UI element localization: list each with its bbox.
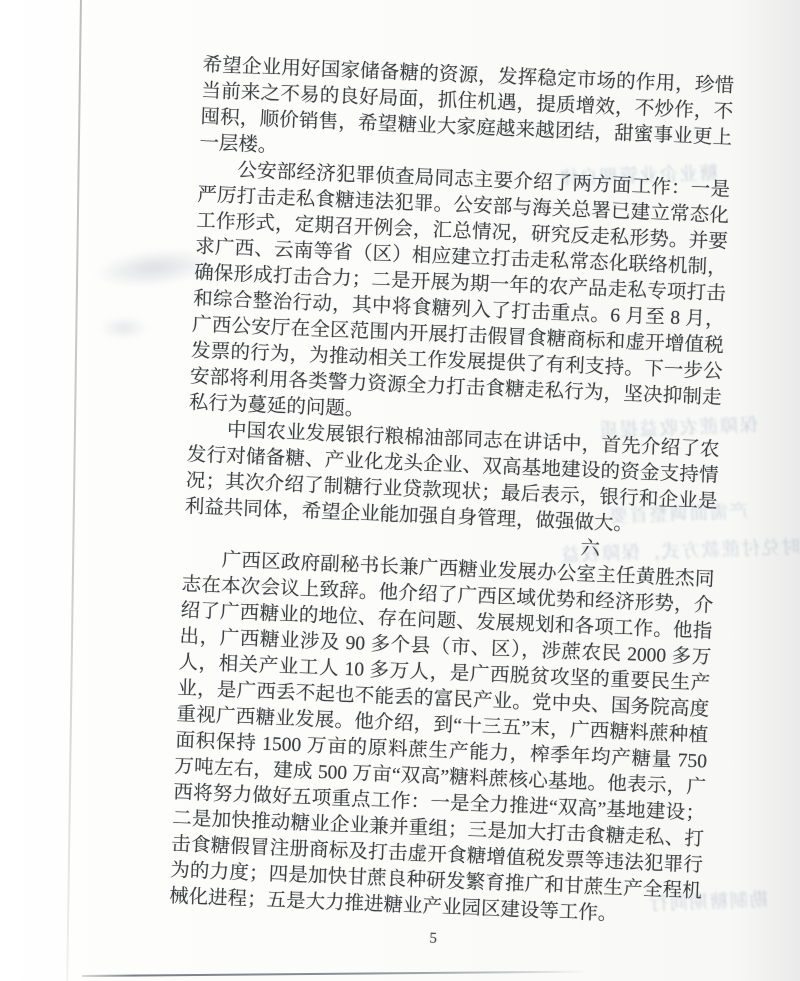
paragraph: 公安部经济犯罪侦查局同志主要介绍了两方面工作：一是严厉打击走私食糖违法犯罪。公安…: [188, 157, 730, 438]
scan-right-shading: [740, 0, 800, 981]
paragraph: 中国农业发展银行粮棉油部同志在讲话中，首先介绍了农发行对储备糖、产业化龙头企业、…: [184, 416, 720, 541]
document-text-block: 希望企业用好国家储备糖的资源，发挥稳定市场的作用，珍惜当前来之不易的良好局面，抓…: [167, 53, 734, 963]
document-body: 希望企业用好国家储备糖的资源，发挥稳定市场的作用，珍惜当前来之不易的良好局面，抓…: [169, 53, 735, 932]
paragraph: 广西区政府副秘书长兼广西糖业发展办公室主任黄胜杰同志在本次会议上致辞。他介绍了广…: [169, 546, 715, 931]
